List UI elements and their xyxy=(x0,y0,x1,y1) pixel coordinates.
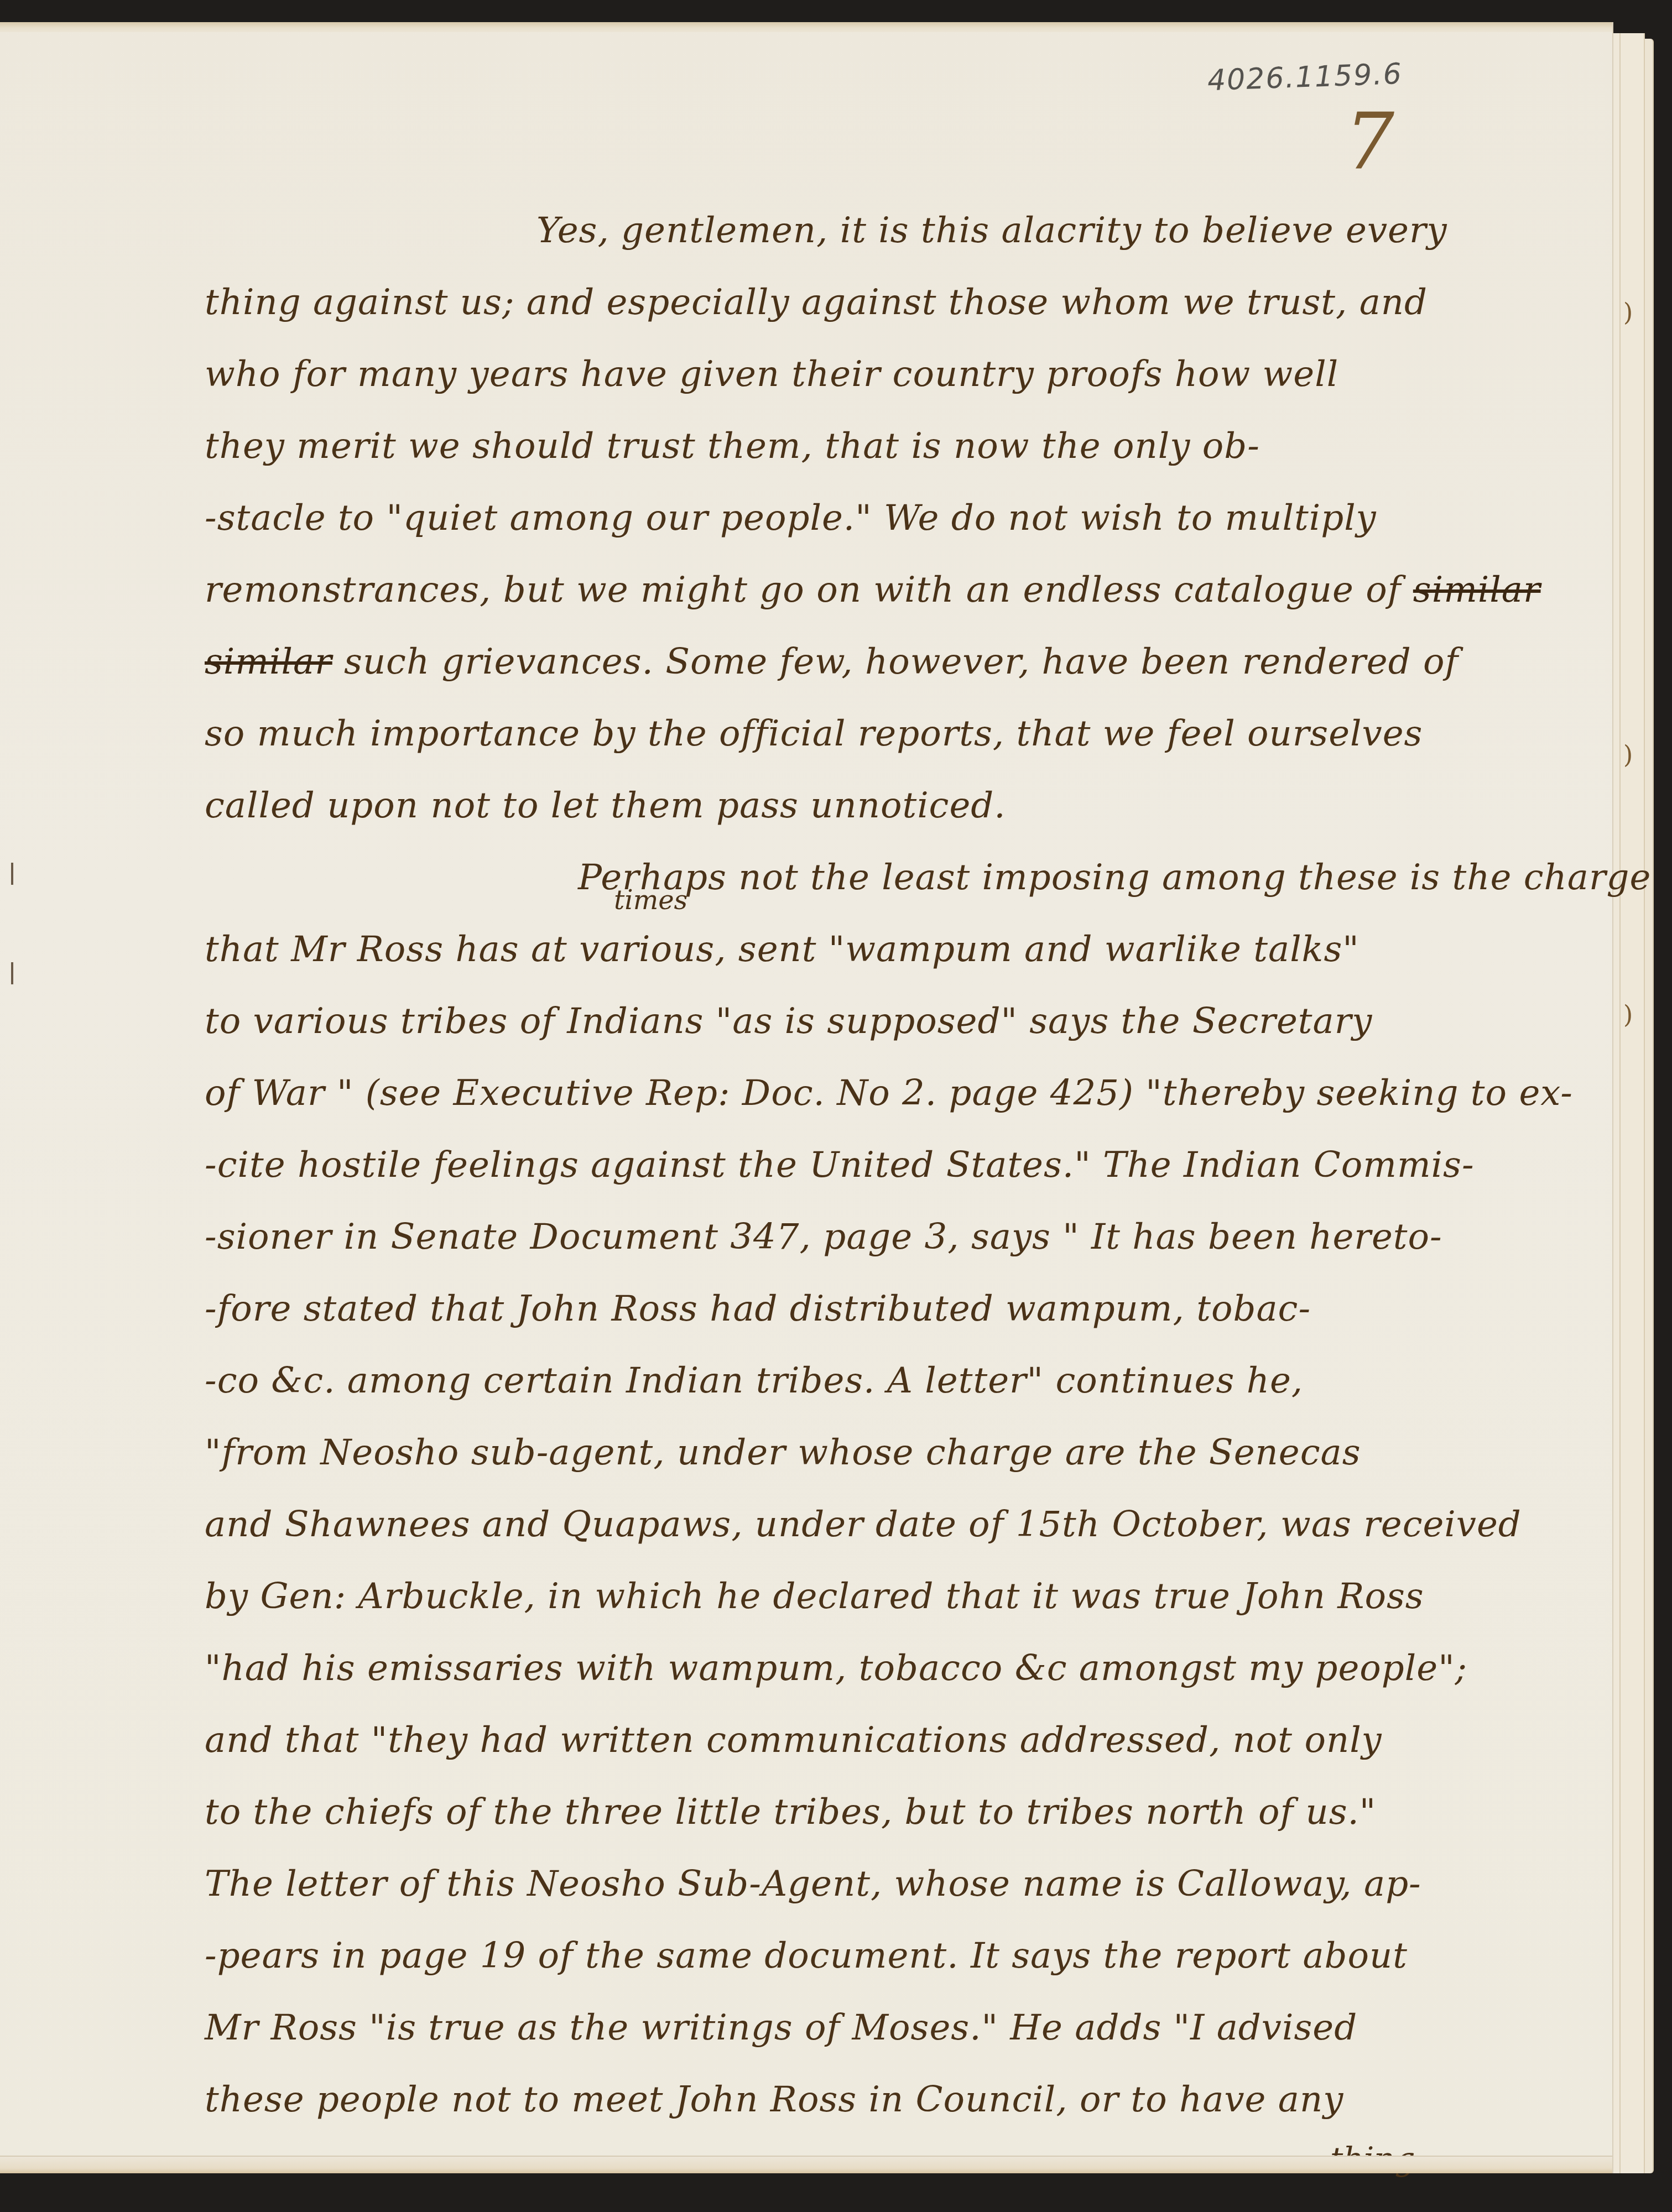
text-line-14: -cite hostile feelings against the Unite… xyxy=(205,1145,1475,1186)
margin-bleed-mark: ) xyxy=(1623,299,1633,327)
text-line-19: and Shawnees and Quapaws, under date of … xyxy=(205,1504,1522,1545)
text-line-18: "from Neosho sub-agent, under whose char… xyxy=(205,1432,1361,1473)
text-line-16-content: -fore stated that John Ross had distribu… xyxy=(205,1288,1311,1329)
page-bottom-edge xyxy=(0,2156,1612,2173)
text-line-26: Mr Ross "is true as the writings of Mose… xyxy=(205,2007,1357,2048)
text-line-7: similar such grievances. Some few, howev… xyxy=(205,641,1459,682)
text-line-6-content: remonstrances, but we might go on with a… xyxy=(205,570,1401,611)
text-line-6: remonstrances, but we might go on with a… xyxy=(205,570,1541,611)
text-line-4: they merit we should trust them, that is… xyxy=(205,426,1260,467)
text-line-11: that Mr Ross has at various, sent "wampu… xyxy=(205,929,1360,970)
text-line-10: Perhaps not the least imposing among the… xyxy=(578,857,1651,898)
text-line-22: and that "they had written communication… xyxy=(205,1720,1382,1761)
text-line-23: to the chiefs of the three little tribes… xyxy=(205,1792,1376,1833)
text-line-16: -fore stated that John Ross had distribu… xyxy=(205,1288,1311,1329)
text-line-2: thing against us; and especially against… xyxy=(205,282,1428,323)
text-line-13: of War " (see Executive Rep: Doc. No 2. … xyxy=(205,1073,1573,1114)
text-line-25: -pears in page 19 of the same document. … xyxy=(205,1936,1408,1976)
page-top-edge xyxy=(0,22,1612,32)
text-line-17: -co &c. among certain Indian tribes. A l… xyxy=(205,1360,1303,1401)
text-line-5: -stacle to "quiet among our people." We … xyxy=(205,498,1377,539)
text-line-21: "had his emissaries with wampum, tobacco… xyxy=(205,1648,1467,1689)
accession-number: 4026.1159.6 xyxy=(1207,58,1403,97)
text-line-15: -sioner in Senate Document 347, page 3, … xyxy=(205,1217,1442,1258)
manuscript-page: 4026.1159.6 7 Yes, gentlemen, it is this… xyxy=(0,22,1612,2173)
struck-word: similar xyxy=(205,641,332,682)
struck-word: similar xyxy=(1413,570,1541,611)
text-line-24: The letter of this Neosho Sub-Agent, who… xyxy=(205,1864,1421,1905)
text-line-8: so much importance by the official repor… xyxy=(205,713,1423,754)
text-line-27: these people not to meet John Ross in Co… xyxy=(205,2079,1343,2120)
underlying-leaf xyxy=(1610,33,1645,2173)
page-number: 7 xyxy=(1345,97,1394,187)
text-line-12: to various tribes of Indians "as is supp… xyxy=(205,1001,1372,1042)
text-line-9: called upon not to let them pass unnotic… xyxy=(205,785,1006,826)
text-line-3: who for many years have given their coun… xyxy=(205,354,1338,395)
margin-bleed-mark: ) xyxy=(1623,741,1633,769)
margin-speck xyxy=(11,863,13,885)
margin-bleed-mark: ) xyxy=(1623,1001,1633,1029)
text-line-1: Yes, gentlemen, it is this alacrity to b… xyxy=(537,210,1447,251)
interlinear-insertion: times xyxy=(614,885,687,916)
text-line-20: by Gen: Arbuckle, in which he declared t… xyxy=(205,1576,1424,1617)
text-line-7-content: such grievances. Some few, however, have… xyxy=(344,641,1459,682)
margin-speck xyxy=(11,962,13,984)
